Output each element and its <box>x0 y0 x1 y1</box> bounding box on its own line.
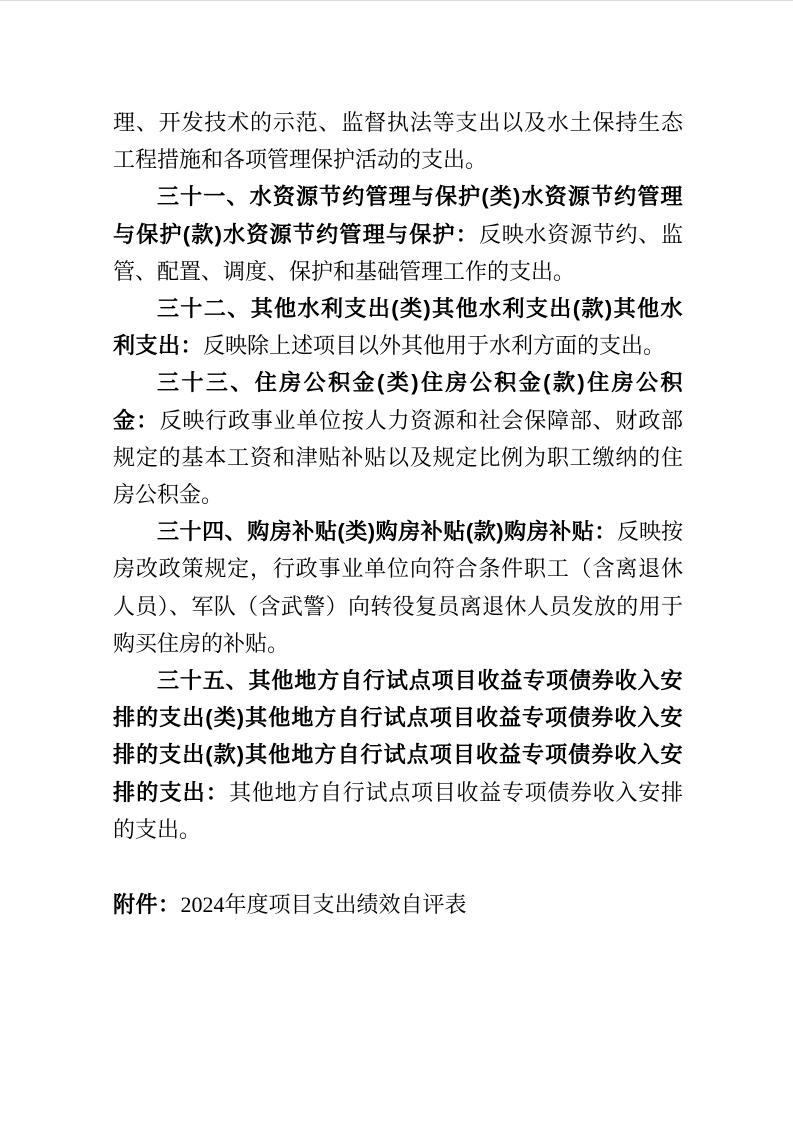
paragraph-section-34: 三十四、购房补贴(类)购房补贴(款)购房补贴：反映按房改政策规定，行政事业单位向… <box>113 513 683 662</box>
paragraph-continuation: 理、开发技术的示范、监督执法等支出以及水土保持生态工程措施和各项管理保护活动的支… <box>113 104 683 178</box>
section-33-body: 反映行政事业单位按人力资源和社会保障部、财政部规定的基本工资和津贴补贴以及规定比… <box>113 408 683 507</box>
paragraph-continuation-text: 理、开发技术的示范、监督执法等支出以及水土保持生态工程措施和各项管理保护活动的支… <box>113 110 683 172</box>
paragraph-section-33: 三十三、住房公积金(类)住房公积金(款)住房公积金：反映行政事业单位按人力资源和… <box>113 364 683 513</box>
paragraph-section-35: 三十五、其他地方自行试点项目收益专项债券收入安排的支出(类)其他地方自行试点项目… <box>113 662 683 848</box>
attachment-label: 附件： <box>113 892 181 917</box>
section-32-body: 反映除上述项目以外其他用于水利方面的支出。 <box>203 333 665 358</box>
attachment-line: 附件：2024年度项目支出绩效自评表 <box>113 886 683 923</box>
paragraph-section-31: 三十一、水资源节约管理与保护(类)水资源节约管理与保护(款)水资源节约管理与保护… <box>113 178 683 290</box>
document-body: 理、开发技术的示范、监督执法等支出以及水土保持生态工程措施和各项管理保护活动的支… <box>113 104 683 923</box>
document-page: 理、开发技术的示范、监督执法等支出以及水土保持生态工程措施和各项管理保护活动的支… <box>0 0 793 1123</box>
paragraph-section-32: 三十二、其他水利支出(类)其他水利支出(款)其他水利支出：反映除上述项目以外其他… <box>113 290 683 364</box>
attachment-title: 2024年度项目支出绩效自评表 <box>181 892 467 917</box>
section-34-heading: 三十四、购房补贴(类)购房补贴(款)购房补贴： <box>157 519 617 544</box>
